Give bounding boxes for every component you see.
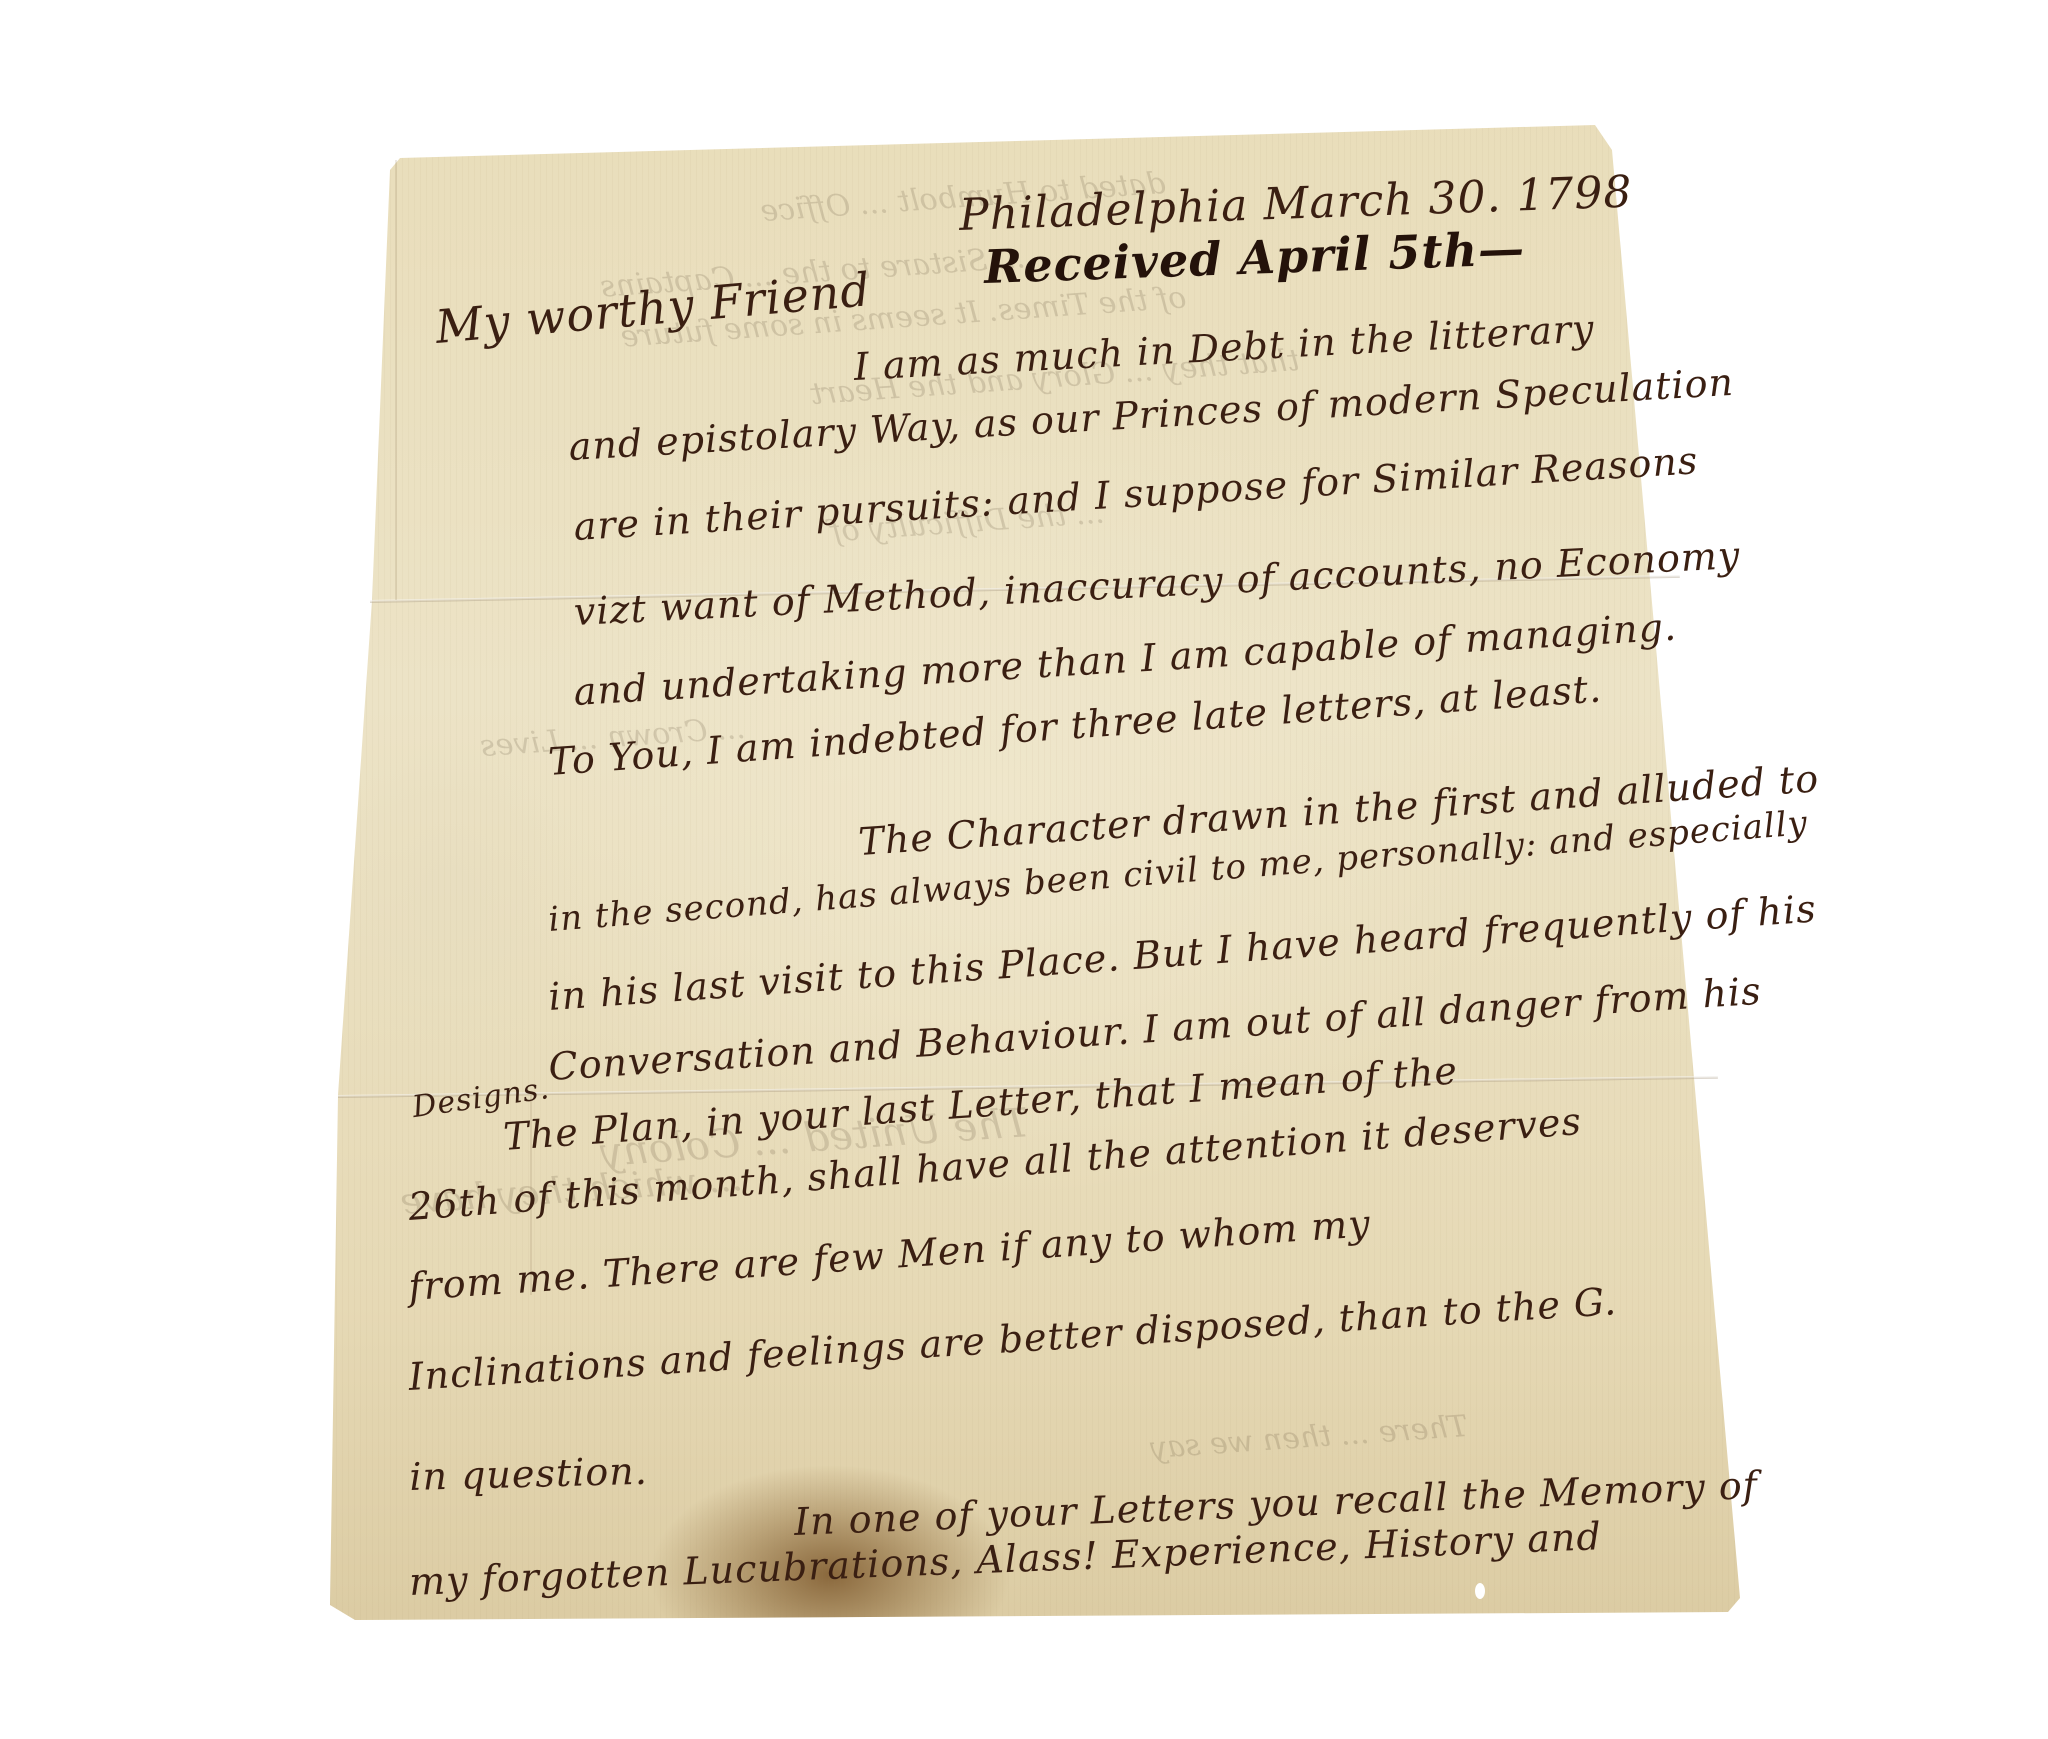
paper-hole [1475, 1583, 1485, 1599]
fold-line-vertical [395, 160, 397, 600]
bleed-through-text: There ... then we say [1149, 1409, 1469, 1466]
letter-line: in question. [409, 1449, 648, 1499]
